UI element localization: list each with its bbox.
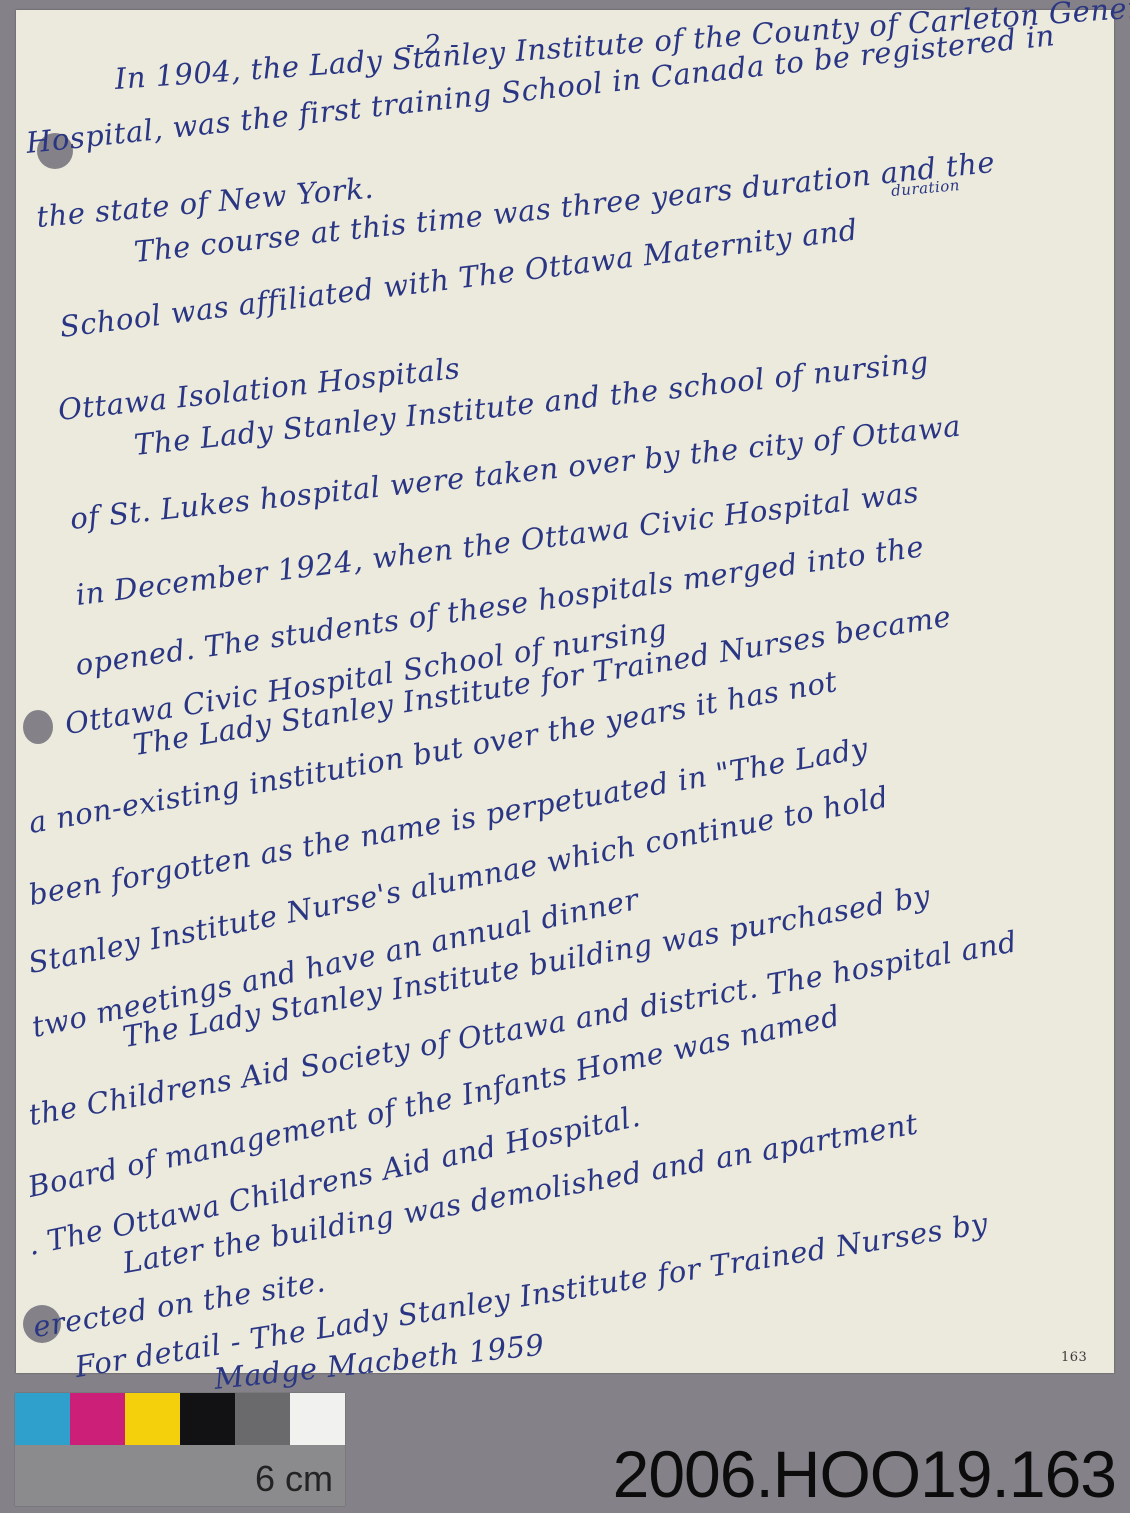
- cyan-swatch: [15, 1393, 70, 1445]
- white-swatch: [290, 1393, 345, 1445]
- magenta-swatch: [70, 1393, 125, 1445]
- black-swatch: [180, 1393, 235, 1445]
- color-calibration-target: 6 cm: [15, 1393, 345, 1506]
- scale-label: 6 cm: [255, 1458, 333, 1500]
- gray-swatch: [235, 1393, 290, 1445]
- punch-hole: [23, 710, 53, 744]
- accession-number: 2006.HOO19.163: [613, 1436, 1116, 1512]
- handwritten-page: - 2 - In 1904, the Lady Stanley Institut…: [16, 10, 1114, 1373]
- yellow-swatch: [125, 1393, 180, 1445]
- archive-page-number: 163: [1061, 1350, 1087, 1365]
